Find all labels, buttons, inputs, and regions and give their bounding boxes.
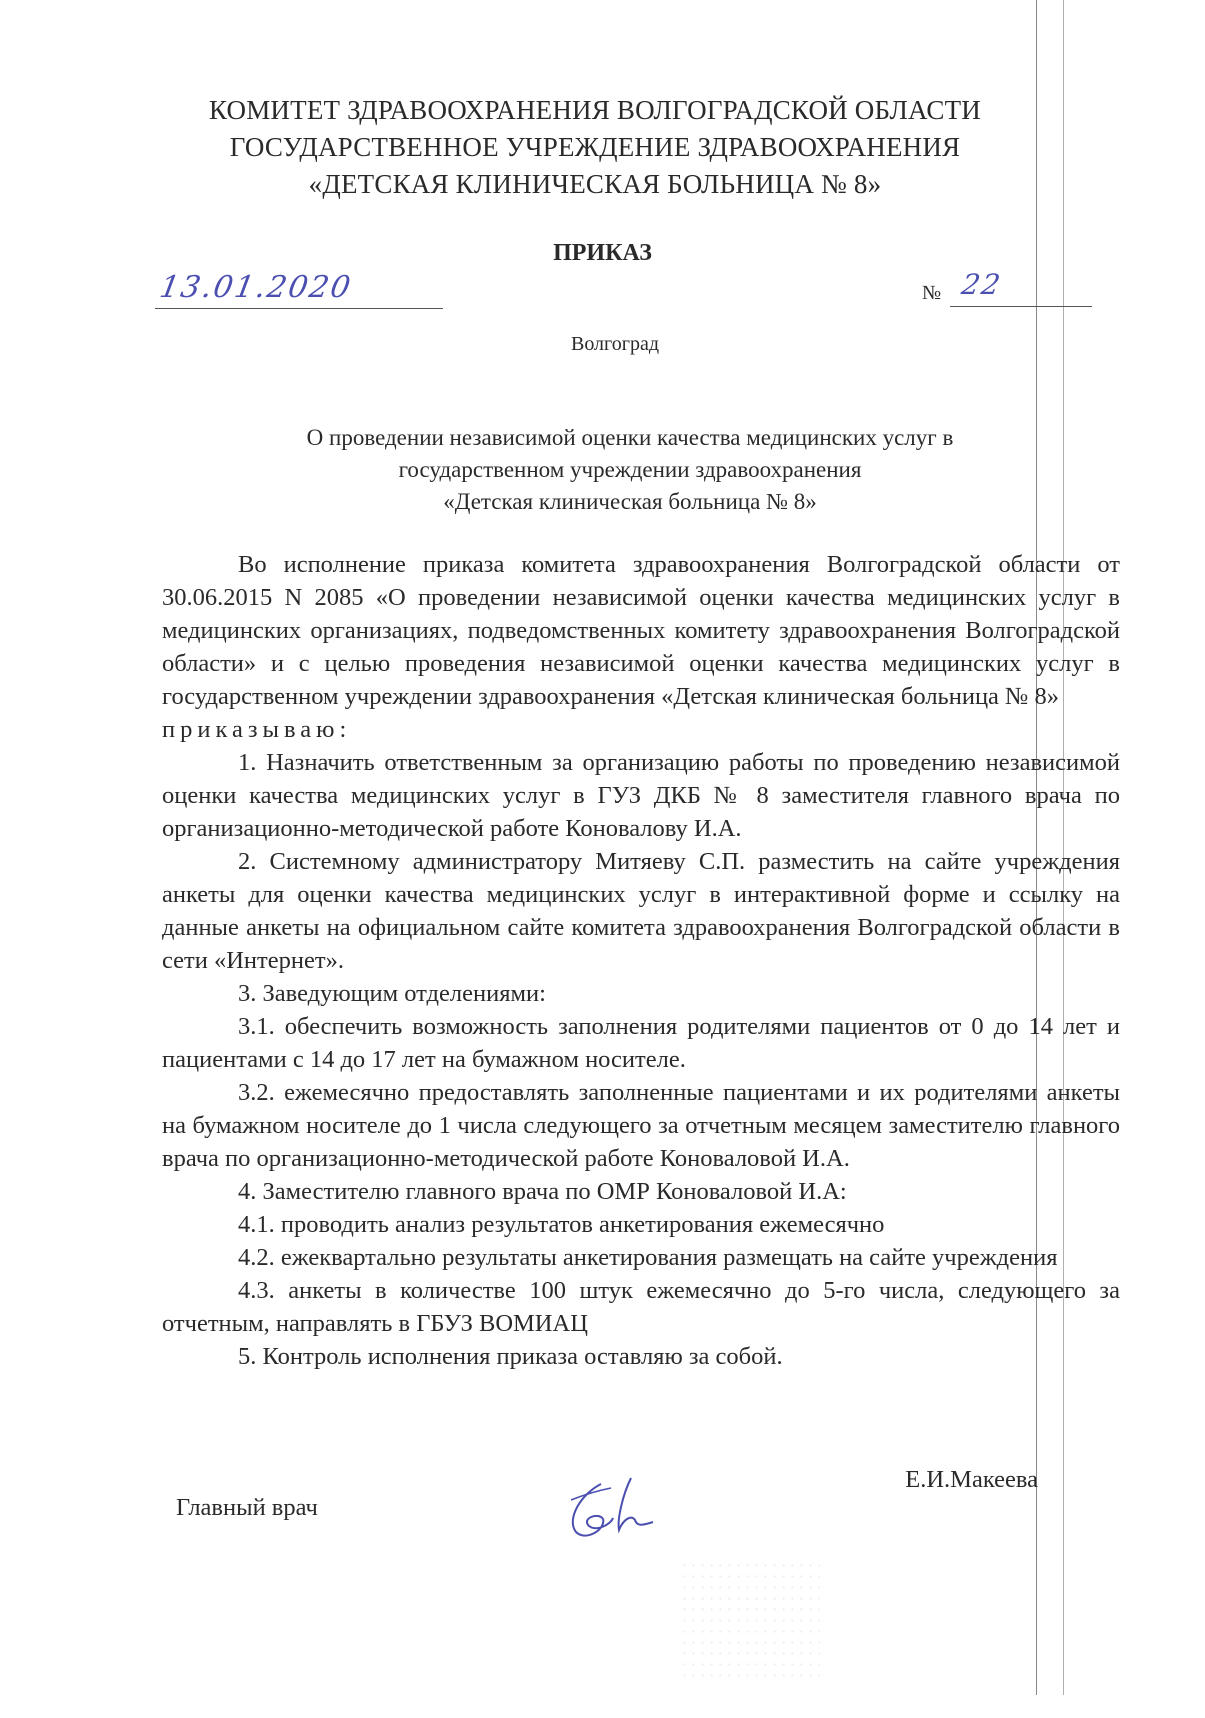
order-body: Во исполнение приказа комитета здравоохр…	[162, 548, 1120, 1373]
handwritten-date: 13.01.2020	[157, 270, 355, 305]
order-item: 3.1. обеспечить возможность заполнения р…	[162, 1010, 1120, 1076]
handwritten-signature-icon	[561, 1474, 671, 1551]
signer-role: Главный врач	[176, 1494, 318, 1522]
city: Волгоград	[0, 333, 1205, 356]
order-subject: О проведении независимой оценки качества…	[200, 422, 1060, 518]
preamble-paragraph: Во исполнение приказа комитета здравоохр…	[162, 548, 1120, 713]
organization-header: КОМИТЕТ ЗДРАВООХРАНЕНИЯ ВОЛГОГРАДСКОЙ ОБ…	[150, 92, 1040, 203]
number-sign: №	[922, 282, 941, 305]
document-title: ПРИКАЗ	[0, 240, 1205, 267]
order-number-field: № 22	[922, 268, 1092, 308]
header-line-institution-name: «ДЕТСКАЯ КЛИНИЧЕСКАЯ БОЛЬНИЦА № 8»	[150, 166, 1040, 203]
order-item: 5. Контроль исполнения приказа оставляю …	[162, 1340, 1120, 1373]
order-item: 4.1. проводить анализ результатов анкети…	[162, 1208, 1120, 1241]
order-word: приказываю:	[162, 713, 1120, 746]
order-item: 3.2. ежемесячно предоставлять заполненны…	[162, 1076, 1120, 1175]
signer-name: Е.И.Макеева	[905, 1466, 1038, 1494]
header-line-institution-type: ГОСУДАРСТВЕННОЕ УЧРЕЖДЕНИЕ ЗДРАВООХРАНЕН…	[150, 129, 1040, 166]
signature-block: Главный врач Е.И.Макеева	[176, 1466, 1038, 1526]
order-item: 1. Назначить ответственным за организаци…	[162, 746, 1120, 845]
subject-line: «Детская клиническая больница № 8»	[200, 486, 1060, 518]
order-date-field: 13.01.2020	[155, 268, 443, 309]
subject-line: О проведении независимой оценки качества…	[200, 422, 1060, 454]
subject-line: государственном учреждении здравоохранен…	[200, 454, 1060, 486]
handwritten-number: 22	[959, 268, 1004, 301]
order-item: 4.3. анкеты в количестве 100 штук ежемес…	[162, 1274, 1120, 1340]
stamp-residue	[680, 1560, 820, 1680]
order-item: 3. Заведующим отделениями:	[162, 977, 1120, 1010]
order-item: 4.2. ежеквартально результаты анкетирова…	[162, 1241, 1120, 1274]
header-line-committee: КОМИТЕТ ЗДРАВООХРАНЕНИЯ ВОЛГОГРАДСКОЙ ОБ…	[150, 92, 1040, 129]
order-item: 2. Системному администратору Митяеву С.П…	[162, 845, 1120, 977]
order-item: 4. Заместителю главного врача по ОМР Кон…	[162, 1175, 1120, 1208]
number-underline	[950, 306, 1092, 307]
